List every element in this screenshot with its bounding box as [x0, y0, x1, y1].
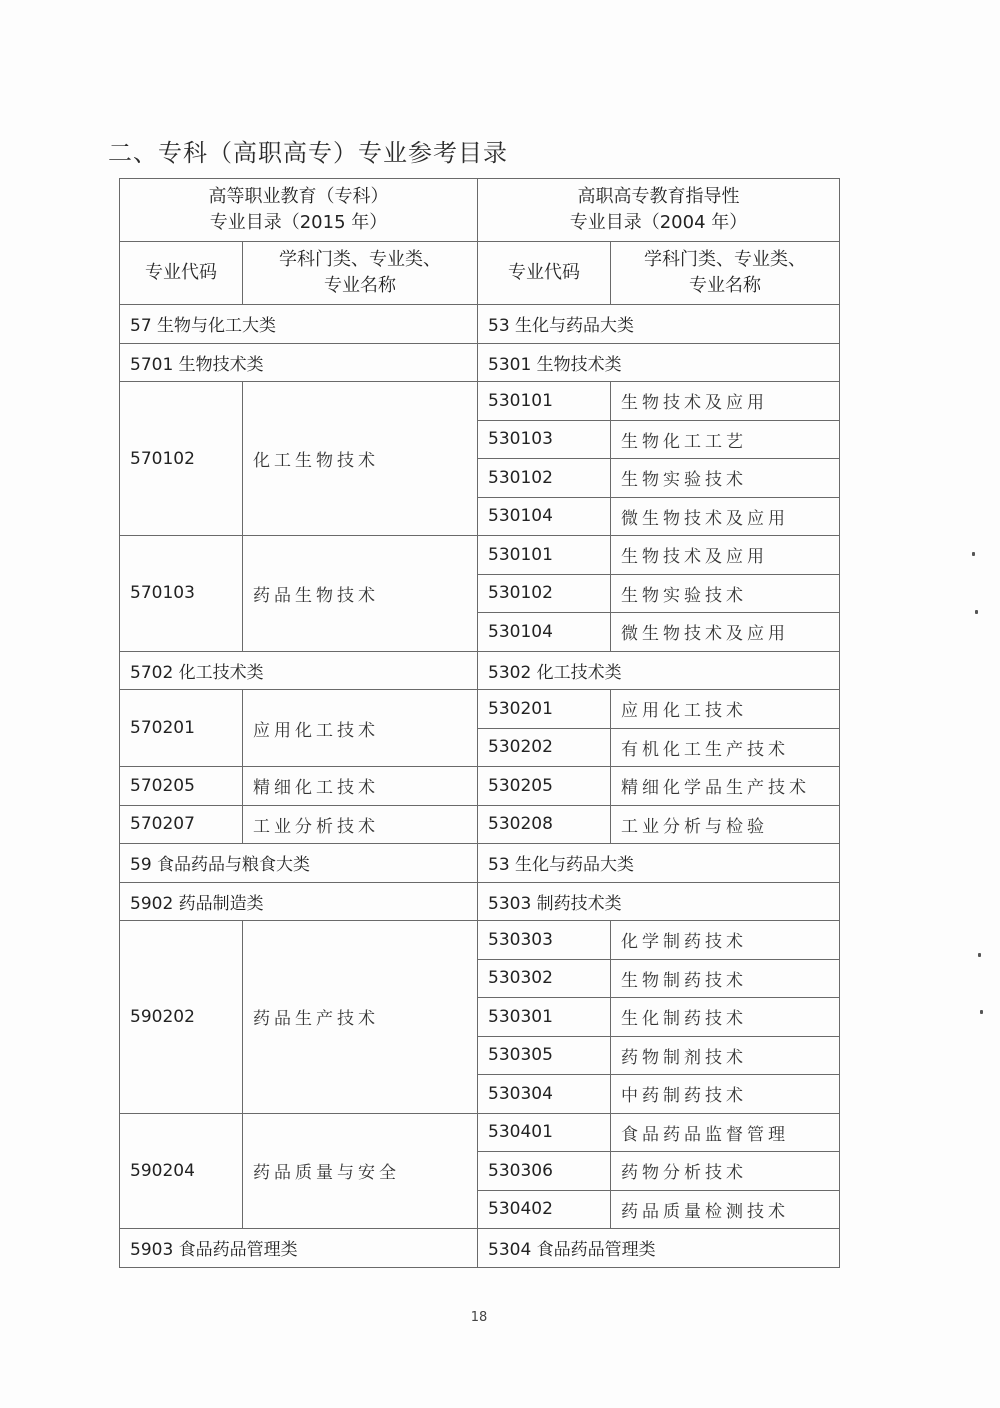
section-title: 二、专科（高职高专）专业参考目录 — [108, 133, 508, 168]
header-2015-catalog: 高等职业教育（专科） 专业目录（2015 年） — [120, 179, 478, 242]
old-major-code: 530103 — [478, 420, 611, 459]
old-major-name: 药物分析技术 — [611, 1152, 840, 1191]
major-code: 590202 — [120, 921, 243, 1114]
header-2004-catalog: 高职高专教育指导性 专业目录（2004 年） — [478, 179, 840, 242]
old-major-code: 530305 — [478, 1036, 611, 1075]
old-major-code: 530208 — [478, 805, 611, 844]
old-major-name: 有机化工生产技术 — [611, 728, 840, 767]
old-major-name: 生物技术及应用 — [611, 536, 840, 575]
subcategory-row: 5304 食品药品管理类 — [478, 1229, 840, 1268]
major-code: 570201 — [120, 690, 243, 767]
old-major-code: 530102 — [478, 574, 611, 613]
subcategory-row: 5902 药品制造类 — [120, 882, 478, 921]
header-code-left: 专业代码 — [120, 242, 243, 305]
subcategory-row: 5301 生物技术类 — [478, 343, 840, 382]
old-major-name: 工业分析与检验 — [611, 805, 840, 844]
old-major-code: 530304 — [478, 1075, 611, 1114]
old-major-name: 微生物技术及应用 — [611, 613, 840, 652]
page-number: 18 — [0, 1310, 958, 1325]
old-major-code: 530401 — [478, 1113, 611, 1152]
old-major-code: 530104 — [478, 613, 611, 652]
major-name: 化工生物技术 — [243, 382, 478, 536]
old-major-name: 精细化学品生产技术 — [611, 767, 840, 806]
old-major-name: 生物实验技术 — [611, 574, 840, 613]
old-major-code: 530102 — [478, 459, 611, 498]
old-major-code: 530303 — [478, 921, 611, 960]
major-code: 570103 — [120, 536, 243, 652]
major-name: 精细化工技术 — [243, 767, 478, 806]
old-major-code: 530202 — [478, 728, 611, 767]
subcategory-row: 5903 食品药品管理类 — [120, 1229, 478, 1268]
header-name-left: 学科门类、专业类、 专业名称 — [243, 242, 478, 305]
subcategory-row: 5303 制药技术类 — [478, 882, 840, 921]
category-row: 53 生化与药品大类 — [478, 844, 840, 883]
major-code: 590204 — [120, 1113, 243, 1229]
old-major-code: 530306 — [478, 1152, 611, 1191]
major-name: 药品生产技术 — [243, 921, 478, 1114]
major-code: 570207 — [120, 805, 243, 844]
major-name: 药品生物技术 — [243, 536, 478, 652]
old-major-name: 应用化工技术 — [611, 690, 840, 729]
old-major-code: 530402 — [478, 1190, 611, 1229]
old-major-name: 生物制药技术 — [611, 959, 840, 998]
old-major-name: 生化制药技术 — [611, 998, 840, 1037]
scan-speck — [972, 552, 975, 556]
major-name: 工业分析技术 — [243, 805, 478, 844]
old-major-code: 530205 — [478, 767, 611, 806]
old-major-name: 生物化工工艺 — [611, 420, 840, 459]
old-major-name: 药品质量检测技术 — [611, 1190, 840, 1229]
category-row: 53 生化与药品大类 — [478, 305, 840, 344]
major-name: 应用化工技术 — [243, 690, 478, 767]
old-major-name: 药物制剂技术 — [611, 1036, 840, 1075]
old-major-name: 生物实验技术 — [611, 459, 840, 498]
old-major-name: 化学制药技术 — [611, 921, 840, 960]
old-major-code: 530201 — [478, 690, 611, 729]
category-row: 59 食品药品与粮食大类 — [120, 844, 478, 883]
category-row: 57 生物与化工大类 — [120, 305, 478, 344]
old-major-name: 食品药品监督管理 — [611, 1113, 840, 1152]
old-major-code: 530104 — [478, 497, 611, 536]
old-major-code: 530101 — [478, 382, 611, 421]
major-catalog-table: 高等职业教育（专科） 专业目录（2015 年） 高职高专教育指导性 专业目录（2… — [119, 178, 840, 1268]
scan-speck — [975, 610, 978, 614]
major-code: 570205 — [120, 767, 243, 806]
subcategory-row: 5702 化工技术类 — [120, 651, 478, 690]
major-name: 药品质量与安全 — [243, 1113, 478, 1229]
major-code: 570102 — [120, 382, 243, 536]
old-major-name: 中药制药技术 — [611, 1075, 840, 1114]
header-code-right: 专业代码 — [478, 242, 611, 305]
old-major-code: 530301 — [478, 998, 611, 1037]
subcategory-row: 5302 化工技术类 — [478, 651, 840, 690]
old-major-code: 530302 — [478, 959, 611, 998]
old-major-code: 530101 — [478, 536, 611, 575]
old-major-name: 生物技术及应用 — [611, 382, 840, 421]
header-name-right: 学科门类、专业类、 专业名称 — [611, 242, 840, 305]
old-major-name: 微生物技术及应用 — [611, 497, 840, 536]
subcategory-row: 5701 生物技术类 — [120, 343, 478, 382]
scan-speck — [978, 953, 981, 957]
scan-speck — [980, 1010, 983, 1014]
